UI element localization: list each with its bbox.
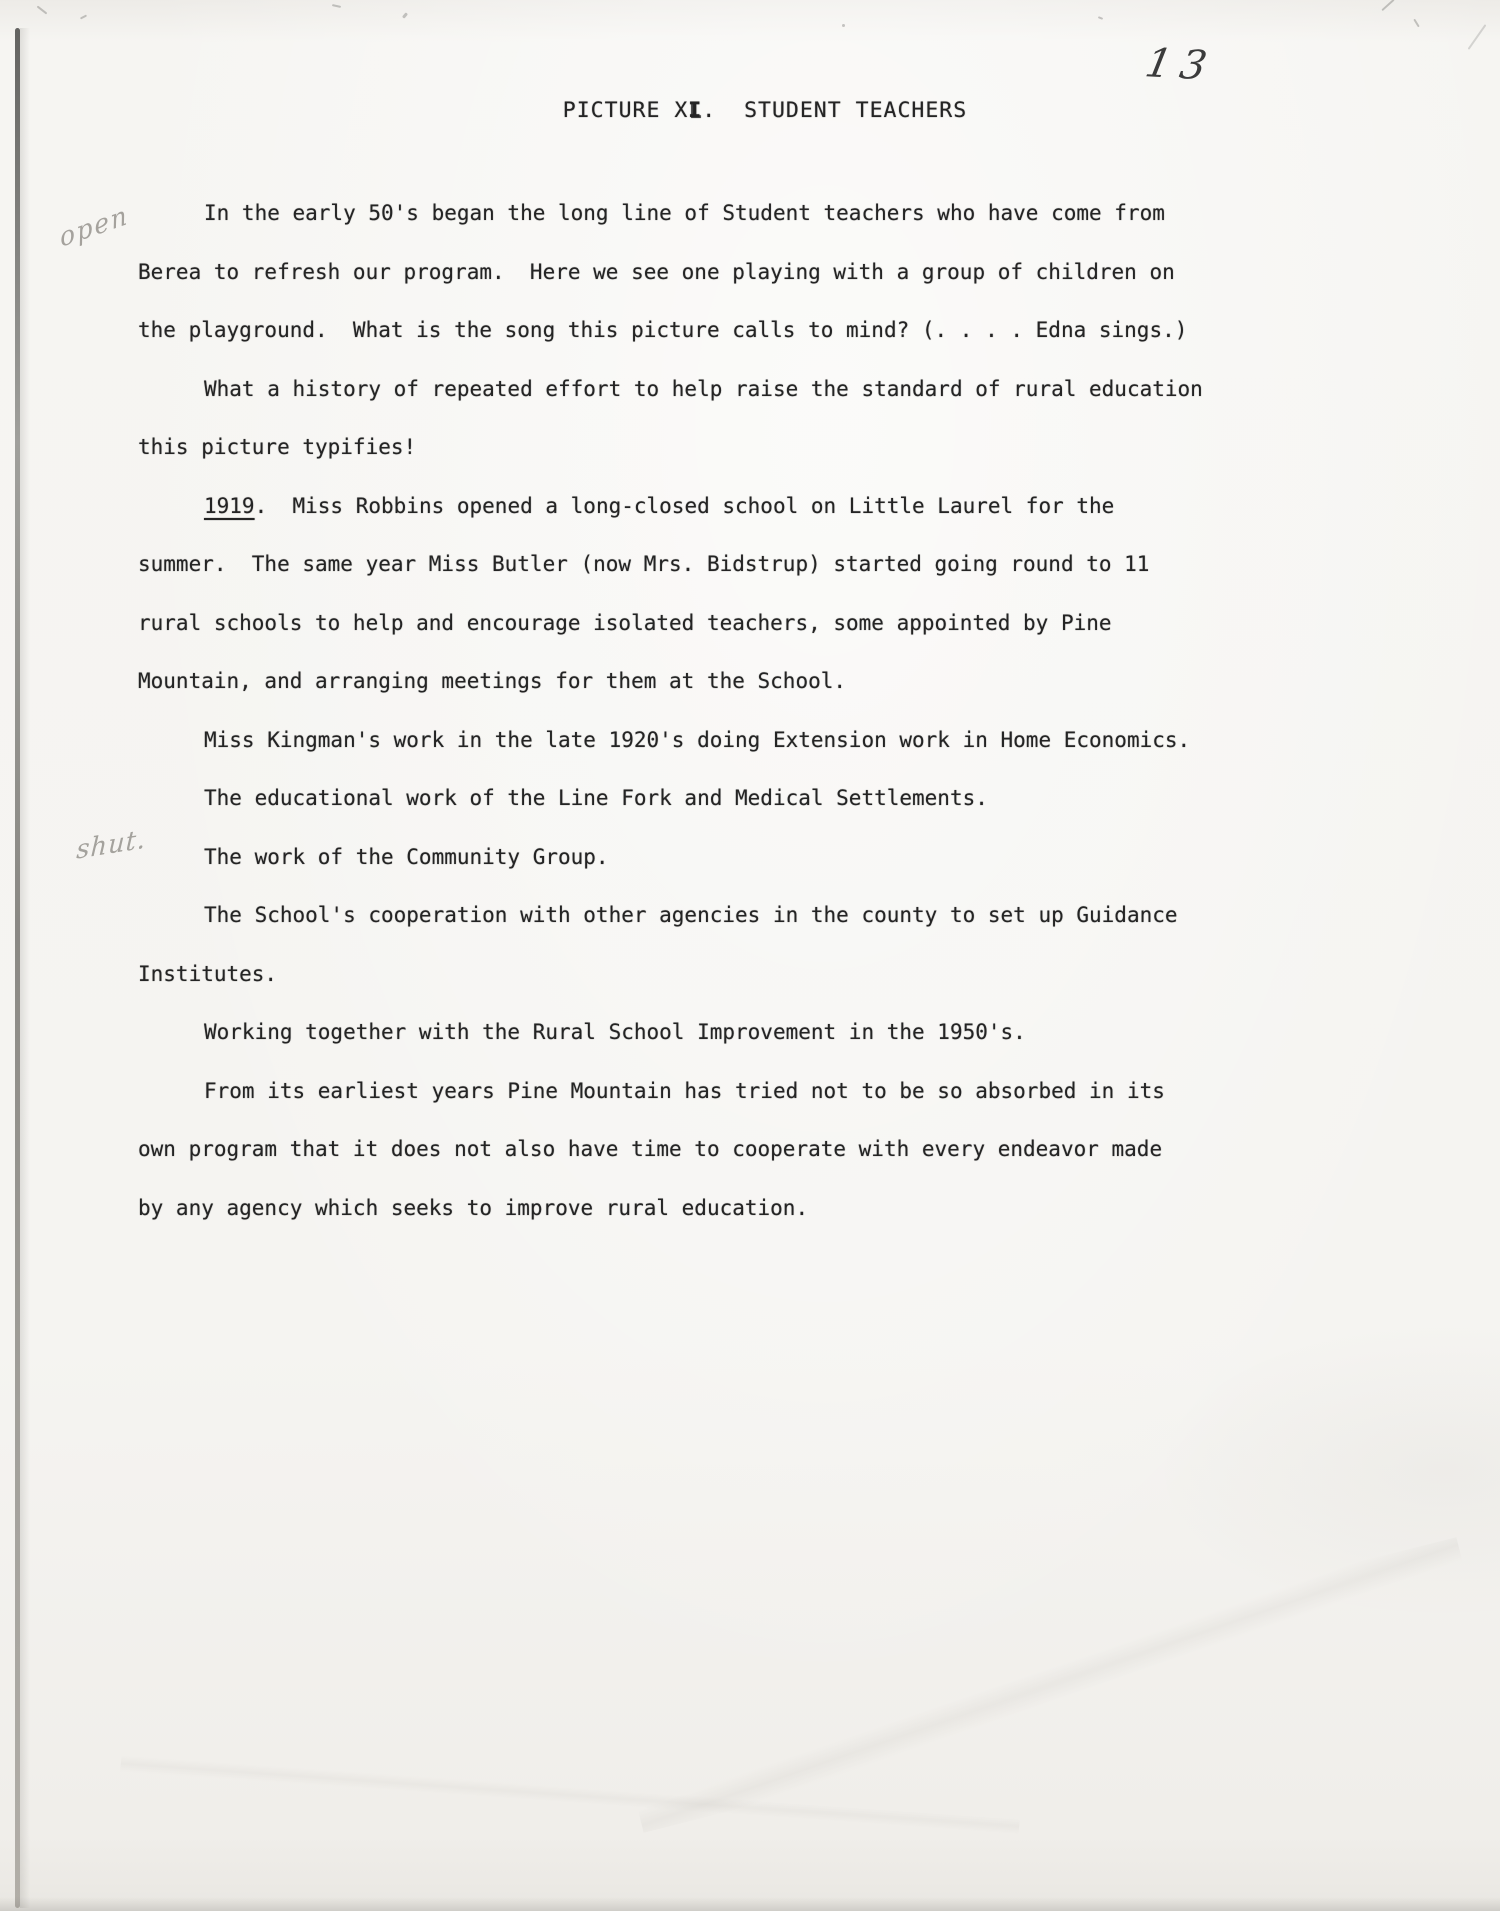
- scan-speck: [332, 4, 341, 8]
- typed-line: What a history of repeated effort to hel…: [138, 360, 1238, 419]
- typed-line: The educational work of the Line Fork an…: [138, 769, 1238, 828]
- typed-line: Working together with the Rural School I…: [138, 1003, 1238, 1062]
- paper-crease: [119, 1713, 1021, 1877]
- typed-line: own program that it does not also have t…: [138, 1120, 1238, 1179]
- typed-line: Mountain, and arranging meetings for the…: [138, 652, 1238, 711]
- scanned-document-page: 13 PICTURE XLI. STUDENT TEACHERS open sh…: [0, 0, 1500, 1911]
- typed-text-body: In the early 50's began the long line of…: [138, 184, 1238, 1237]
- typed-line: The work of the Community Group.: [138, 828, 1238, 887]
- typed-text: Berea to refresh our program. Here we se…: [138, 260, 1175, 284]
- scan-speck: [1381, 0, 1394, 11]
- typed-text: Working together with the Rural School I…: [204, 1020, 1026, 1044]
- typed-text: by any agency which seeks to improve rur…: [138, 1196, 808, 1220]
- typed-text: The School's cooperation with other agen…: [204, 903, 1178, 927]
- margin-annotation-open: open: [58, 200, 131, 254]
- typed-text: summer. The same year Miss Butler (now M…: [138, 552, 1149, 576]
- typed-line: The School's cooperation with other agen…: [138, 886, 1238, 945]
- typed-line: rural schools to help and encourage isol…: [138, 594, 1238, 653]
- typed-line: this picture typifies!: [138, 418, 1238, 477]
- typed-text: Institutes.: [138, 962, 277, 986]
- typed-text: the playground. What is the song this pi…: [138, 318, 1187, 342]
- scan-speck: [37, 6, 48, 15]
- typed-text: The educational work of the Line Fork an…: [204, 786, 988, 810]
- underlined-text: 1919: [204, 494, 255, 518]
- typed-text: this picture typifies!: [138, 435, 416, 459]
- typed-text: . Miss Robbins opened a long-closed scho…: [255, 494, 1115, 518]
- scan-speck: [842, 24, 845, 27]
- paper-crease: [1150, 1320, 1500, 1620]
- scan-speck: [1413, 19, 1419, 28]
- typed-text: own program that it does not also have t…: [138, 1137, 1162, 1161]
- scan-speck: [1098, 16, 1103, 20]
- typed-text: What a history of repeated effort to hel…: [204, 377, 1203, 401]
- typed-line: the playground. What is the song this pi…: [138, 301, 1238, 360]
- paper-crease: [622, 1537, 1478, 1832]
- typed-line: Berea to refresh our program. Here we se…: [138, 243, 1238, 302]
- margin-annotation-shut: shut.: [76, 824, 147, 866]
- typed-text: In the early 50's began the long line of…: [204, 201, 1165, 225]
- title-overstrike-under: L: [689, 99, 703, 124]
- page-title: PICTURE XLI. STUDENT TEACHERS: [0, 98, 1500, 123]
- scan-edge-shadow: [20, 28, 30, 1908]
- typed-text: The work of the Community Group.: [204, 845, 609, 869]
- typed-line: summer. The same year Miss Butler (now M…: [138, 535, 1238, 594]
- page-bottom-shadow: [0, 1897, 1500, 1911]
- typed-text: rural schools to help and encourage isol…: [138, 611, 1112, 635]
- title-prefix: PICTURE X: [563, 98, 689, 123]
- typed-text: Mountain, and arranging meetings for the…: [138, 669, 846, 693]
- typed-text: From its earliest years Pine Mountain ha…: [204, 1079, 1165, 1103]
- title-overstruck-letter: LI: [688, 98, 702, 123]
- handwritten-page-number: 13: [1142, 40, 1220, 89]
- typed-line: 1919. Miss Robbins opened a long-closed …: [138, 477, 1238, 536]
- typed-text: Miss Kingman's work in the late 1920's d…: [204, 728, 1190, 752]
- scan-speck: [1468, 24, 1487, 50]
- scan-speck: [80, 14, 87, 19]
- typed-line: by any agency which seeks to improve rur…: [138, 1179, 1238, 1238]
- title-suffix: . STUDENT TEACHERS: [702, 98, 967, 123]
- scan-speck: [402, 12, 408, 19]
- typed-line: Institutes.: [138, 945, 1238, 1004]
- typed-line: From its earliest years Pine Mountain ha…: [138, 1062, 1238, 1121]
- typed-line: Miss Kingman's work in the late 1920's d…: [138, 711, 1238, 770]
- typed-line: In the early 50's began the long line of…: [138, 184, 1238, 243]
